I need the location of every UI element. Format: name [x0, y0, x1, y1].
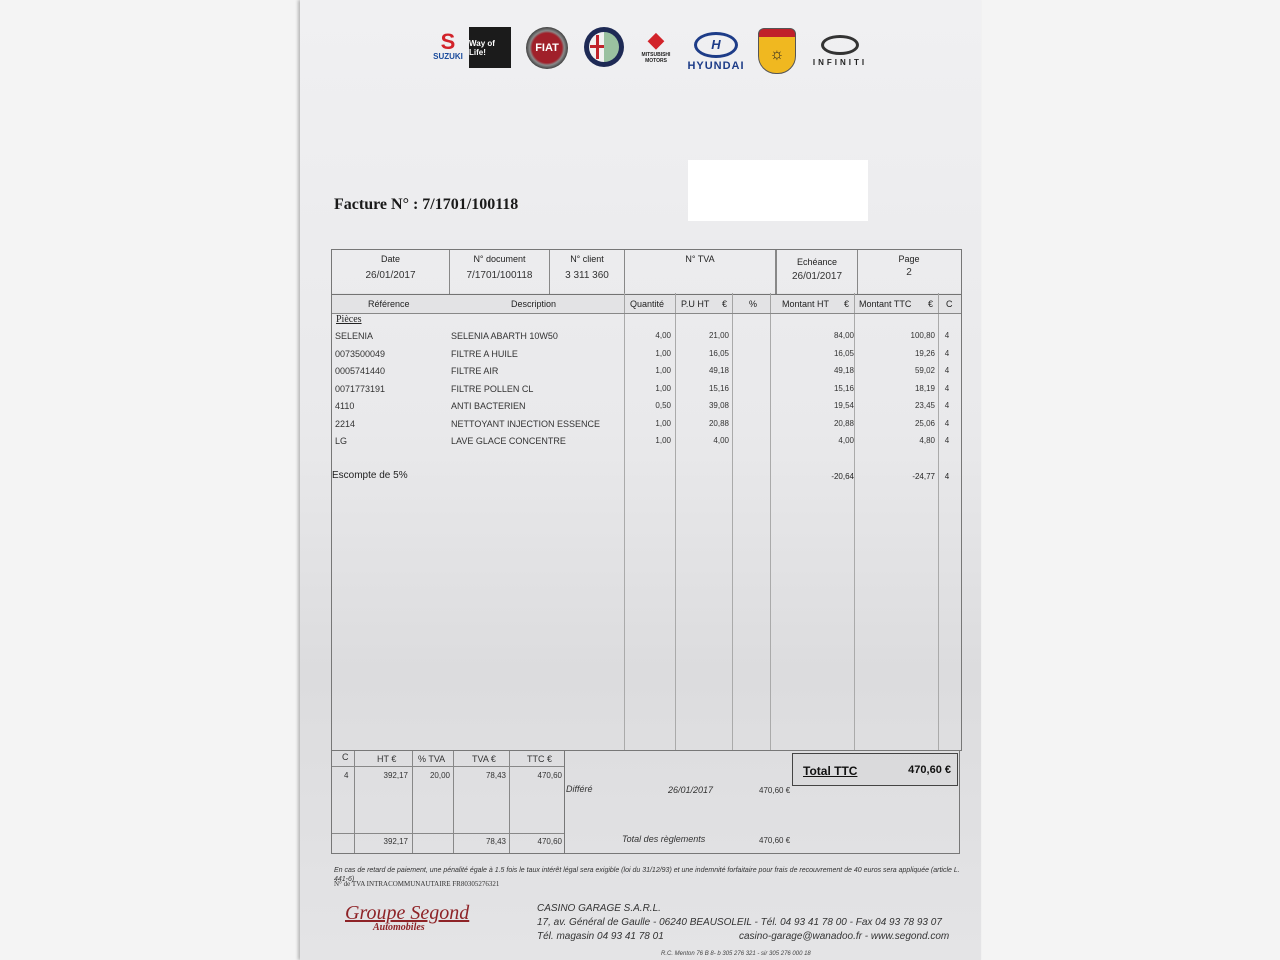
- page-cell: Page 2: [857, 250, 961, 294]
- cell-qty: 4,00: [627, 331, 671, 340]
- totals-section: C HT € % TVA TVA € TTC € 4 392,17 20,00 …: [331, 750, 960, 853]
- suzuki-logo: S SUZUKI: [428, 32, 468, 61]
- cell-desc: ANTI BACTERIEN: [451, 401, 526, 411]
- cell-ref: 0005741440: [335, 366, 385, 376]
- date-cell: Date 26/01/2017: [332, 250, 450, 294]
- intracommunity-vat: N° de TVA INTRACOMMUNAUTAIRE FR803052763…: [334, 880, 499, 888]
- abarth-logo: ☼: [758, 28, 796, 74]
- cell-c: 4: [938, 366, 956, 375]
- cell-ht: 49,18: [772, 366, 854, 375]
- document-number-cell: N° document 7/1701/100118: [450, 250, 550, 294]
- table-row: 0071773191FILTRE POLLEN CL1,0015,1615,16…: [332, 384, 961, 401]
- cell-desc: FILTRE POLLEN CL: [451, 384, 533, 394]
- section-label: Pièces: [336, 314, 362, 325]
- cell-ht: 84,00: [772, 331, 854, 340]
- cell-desc: FILTRE A HUILE: [451, 349, 518, 359]
- total-ttc-box: Total TTC 470,60 €: [792, 753, 958, 786]
- infiniti-emblem-icon: [821, 35, 859, 55]
- registration-info: R.C. Menton 76 B 8- b 305 276 321 - sir …: [661, 951, 811, 957]
- cell-qty: 0,50: [627, 401, 671, 410]
- invoice-title: Facture N° : 7/1701/100118: [334, 196, 518, 214]
- due-date-cell: Echéance 26/01/2017: [776, 250, 858, 294]
- invoice-header-box: Date 26/01/2017 N° document 7/1701/10011…: [331, 249, 962, 295]
- cell-pu: 49,18: [677, 366, 729, 375]
- cell-c: 4: [938, 419, 956, 428]
- hyundai-logo: H HYUNDAI: [686, 32, 746, 72]
- cell-ttc: 25,06: [855, 419, 935, 428]
- suzuki-s-icon: S: [428, 32, 468, 52]
- contact-web-email: casino-garage@wanadoo.fr - www.segond.co…: [739, 930, 949, 944]
- cell-qty: 1,00: [627, 436, 671, 445]
- cell-ref: 2214: [335, 419, 355, 429]
- cell-qty: 1,00: [627, 366, 671, 375]
- alfa-romeo-logo: [584, 27, 624, 67]
- cell-pu: 21,00: [677, 331, 729, 340]
- cell-ttc: 18,19: [855, 384, 935, 393]
- cell-desc: FILTRE AIR: [451, 366, 498, 376]
- fiat-logo: FIAT: [526, 27, 568, 69]
- alfa-romeo-emblem-icon: [589, 32, 619, 62]
- invoice-lines-table: Référence Description Quantité P.U HT € …: [331, 293, 962, 751]
- table-row: SELENIASELENIA ABARTH 10W504,0021,0084,0…: [332, 331, 961, 348]
- cell-ref: LG: [335, 436, 347, 446]
- cell-ttc: 4,80: [855, 436, 935, 445]
- scorpion-icon: ☼: [770, 46, 785, 63]
- tva-number-cell: N° TVA: [625, 250, 776, 294]
- cell-c: 4: [938, 384, 956, 393]
- cell-ref: 0073500049: [335, 349, 385, 359]
- cell-ht: 15,16: [772, 384, 854, 393]
- cell-ht: 16,05: [772, 349, 854, 358]
- cell-c: 4: [938, 436, 956, 445]
- cell-c: 4: [938, 401, 956, 410]
- cell-ht: 20,88: [772, 419, 854, 428]
- table-row: 2214NETTOYANT INJECTION ESSENCE1,0020,88…: [332, 419, 961, 436]
- cell-qty: 1,00: [627, 349, 671, 358]
- table-row: 0073500049FILTRE A HUILE1,0016,0516,0519…: [332, 349, 961, 366]
- cell-pu: 20,88: [677, 419, 729, 428]
- table-row: 0005741440FILTRE AIR1,0049,1849,1859,024: [332, 366, 961, 383]
- way-of-life-logo: Way of Life!: [469, 27, 511, 68]
- cell-ht: 19,54: [772, 401, 854, 410]
- cell-ref: SELENIA: [335, 331, 373, 341]
- cell-pu: 39,08: [677, 401, 729, 410]
- client-number-cell: N° client 3 311 360: [550, 250, 625, 294]
- cell-ttc: 23,45: [855, 401, 935, 410]
- infiniti-logo: INFINITI: [808, 35, 872, 67]
- cell-ref: 0071773191: [335, 384, 385, 394]
- cell-pu: 4,00: [677, 436, 729, 445]
- redacted-address-block: [688, 160, 868, 221]
- company-info: CASINO GARAGE S.A.R.L. 17, av. Général d…: [537, 902, 967, 944]
- cell-ttc: 59,02: [855, 366, 935, 375]
- cell-qty: 1,00: [627, 384, 671, 393]
- cell-qty: 1,00: [627, 419, 671, 428]
- cell-desc: LAVE GLACE CONCENTRE: [451, 436, 566, 446]
- cell-desc: NETTOYANT INJECTION ESSENCE: [451, 419, 600, 429]
- cell-ref: 4110: [335, 401, 354, 411]
- cell-c: 4: [938, 331, 956, 340]
- cell-c: 4: [938, 349, 956, 358]
- groupe-segond-logo: Groupe Segond Automobiles: [345, 902, 475, 933]
- tva-summary-table: C HT € % TVA TVA € TTC € 4 392,17 20,00 …: [331, 750, 565, 854]
- cell-pu: 15,16: [677, 384, 729, 393]
- cell-pu: 16,05: [677, 349, 729, 358]
- cell-ttc: 19,26: [855, 349, 935, 358]
- cell-desc: SELENIA ABARTH 10W50: [451, 331, 558, 341]
- table-row: 4110ANTI BACTERIEN0,5039,0819,5423,454: [332, 401, 961, 418]
- mitsubishi-logo: ◆ MITSUBISHI MOTORS: [638, 28, 674, 64]
- hyundai-h-icon: H: [694, 32, 738, 58]
- cell-ttc: 100,80: [855, 331, 935, 340]
- table-row: LGLAVE GLACE CONCENTRE1,004,004,004,804: [332, 436, 961, 453]
- mitsubishi-diamonds-icon: ◆: [638, 28, 674, 52]
- table-header: Référence Description Quantité P.U HT € …: [332, 293, 961, 314]
- cell-ht: 4,00: [772, 436, 854, 445]
